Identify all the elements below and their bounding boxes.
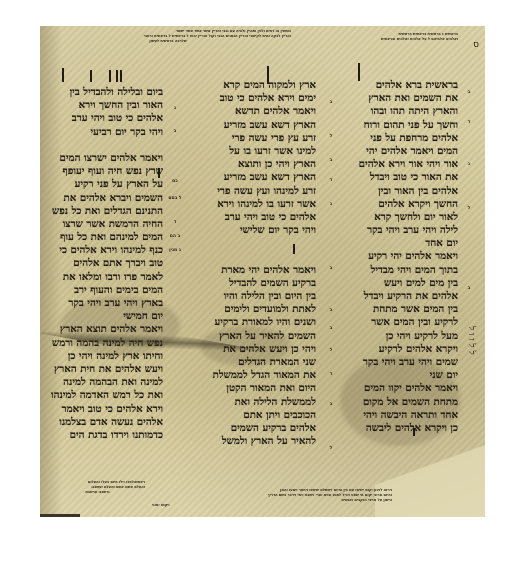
text-line: לממשלת הלילה ואת [196, 396, 316, 409]
masorah-parva-note: ל [322, 134, 340, 140]
text-line: ביום ובלילה ולהבדיל בין [49, 86, 163, 99]
text-line: וירא אלהים כי טוב ויאמר [49, 403, 163, 416]
text-line: המים בימים והעוף ירב [49, 284, 163, 297]
masorah-parva-note: ב [322, 402, 340, 408]
masorah-line: שלרבה בראשית לעשון [45, 39, 291, 44]
text-line: ויהי בקר יום רביעי [49, 126, 163, 139]
masorah-parva-note: ל [322, 446, 340, 452]
manuscript-page: ס ומשנין וה רחים ולנין ותהיין ולהיה עם נ… [40, 26, 485, 517]
column-stroke [62, 68, 64, 82]
masorah-parva-note: ל [460, 206, 478, 212]
masorah-parva-note: ב [460, 90, 478, 96]
text-line: למינו אשר זרעו בו על [196, 145, 316, 158]
text-line: המים למינהם ואת כל עוף [49, 231, 163, 244]
text-line: יום שני [346, 369, 458, 382]
text-line: להאיר על הארץ ולמשל [196, 435, 316, 448]
masorah-parva-note: ד [166, 220, 184, 226]
text-line: אחד ותראה היבשה ויהי [346, 409, 458, 422]
masorah-parva-note: ל [322, 348, 340, 354]
text-line: אשר זרעו בו למינהו וירא [196, 198, 316, 211]
marginal-vertical-note: ל ל ו ו ל [466, 326, 476, 406]
text-line: התנינם הגדלים ואת כל נפש [49, 205, 163, 218]
text-line: הכוכבים ויתן אתם [196, 409, 316, 422]
text-line: ימים וירא אלהים כי טוב [196, 92, 316, 105]
text-column-left: ביום ובלילה ולהבדיל בין האור ובין החשך ו… [49, 86, 163, 442]
masorah-magna-bottom-right: ויראו לויגון יקום ישימו עם בין והיום ויש… [152, 488, 392, 508]
folio-mark: ס [473, 40, 479, 50]
masorah-parva-note: ב [322, 158, 340, 164]
text-line: זרע למינהו ועץ עשה פרי [196, 185, 316, 198]
text-line: בין היום ובין הלילה והיו [196, 290, 316, 303]
masorah-line: ויקמו ימוני [152, 503, 392, 508]
text-line: וחשך על פני תהום ורוח [346, 119, 458, 132]
text-line: מתחת השמים אל מקום [346, 396, 458, 409]
text-line: לאמר פרו ורבו ומלאו את [49, 271, 163, 284]
masorah-parva-note: ג מגין [166, 248, 184, 254]
text-line: אלהים ברקיע השמים [196, 422, 316, 435]
column-stroke [90, 70, 92, 82]
text-line: בין המים אשר מתחת [346, 303, 458, 316]
text-line: המים ויאמר אלהים יהי [346, 145, 458, 158]
text-line: ואת כל רמש האדמה למינהו [49, 389, 163, 402]
masorah-parva-note: ב [460, 286, 478, 292]
text-line: ויאמר אלהים יהי מארת [196, 264, 316, 277]
text-line: ויאמר אלהים יקוו המים [346, 382, 458, 395]
text-line: בין מים למים ויעש [346, 277, 458, 290]
text-line: ברקיע השמים להבדיל [196, 277, 316, 290]
masorah-magna-top-right: בראשית ג בראשית בראשית בראשית ואלהים אלמ… [358, 32, 458, 42]
masorah-parva-note: ד [322, 372, 340, 378]
text-line: ארץ ולמקוה המים קרא [196, 79, 316, 92]
masorah-parva-note: ב הם [166, 234, 184, 240]
masorah-parva-note: ד [322, 178, 340, 184]
text-line: הארץ דשא עשב מזריע [196, 119, 316, 132]
masorah-parva-note: ג [322, 202, 340, 208]
text-line: אלהים כי טוב ויהי ערב [196, 211, 316, 224]
masorah-line: ואלהים אלמיהם ל על אלהים ואלהים ובראשית [358, 37, 458, 42]
masorah-parva-note: כם [166, 179, 184, 185]
masorah-parva-note: ג [166, 106, 184, 112]
text-line: החיה הרמשת אשר שרצו [49, 218, 163, 231]
text-line: מעל לרקיע ויהי כן [346, 330, 458, 343]
text-line: על הארץ על פני רקיע [49, 178, 163, 191]
masorah-parva-note: ב [322, 308, 340, 314]
text-line: זרע עץ פרי עשה פרי [196, 132, 316, 145]
masorah-line: ורשבנו ערשבת [50, 490, 145, 495]
text-line: ויעש אלהים את חית הארץ [49, 363, 163, 376]
text-line: אלהים כי טוב ויהי ערב [49, 112, 163, 125]
column-stroke [120, 70, 122, 82]
masorah-parva-note: ב [322, 266, 340, 272]
text-line: כן ויקרא אלהים ליבשה [346, 422, 458, 435]
text-line: הארץ ויהי כן ותוצא [196, 158, 316, 171]
masorah-magna-top-left: ומשנין וה רחים ולנין ותהיין ולהיה עם נגב… [45, 29, 291, 44]
text-line: אלהים את הרקיע ויבדל [346, 290, 458, 303]
text-line: ויאמר אלהים ישרצו המים [49, 152, 163, 165]
masorah-magna-bottom-left: ראשוהלפכו וילו מיום בעלו והעלום והעלם אש… [50, 480, 145, 495]
text-line: שמים ויהי ערב ויהי בקר [346, 356, 458, 369]
text-line: טוב ויברך אתם אלהים [49, 257, 163, 270]
masorah-parva-note: ג [460, 162, 478, 168]
text-line: האור ובין החשך וירא [49, 99, 163, 112]
text-line: הארץ דשא עשב מזריע [196, 171, 316, 184]
page-bottom-edge [40, 514, 80, 517]
text-line: את האור כי טוב ויבדל [346, 171, 458, 184]
masorah-parva-note: ב [166, 129, 184, 135]
masorah-parva-note: ב [322, 100, 340, 106]
masorah-parva-note: ל בסם [166, 196, 184, 202]
text-line: השמים ויברא אלהים את [49, 192, 163, 205]
text-line: בארץ ויהי ערב ויהי בקר [49, 297, 163, 310]
text-column-right: בראשית ברא אלהים את השמים ואת הארץ והארץ… [346, 79, 458, 435]
text-column-middle: ארץ ולמקוה המים קרא ימים וירא אלהים כי ט… [196, 79, 316, 448]
masorah-parva-note: ד [460, 120, 478, 126]
text-line: ויקרא אלהים לרקיע [346, 343, 458, 356]
text-line: אלהים נעשה אדם בצלמנו [49, 416, 163, 429]
text-line: ושנים והיו למאורת ברקיע [196, 316, 316, 329]
text-line: אלהים בין האור ובין [346, 185, 458, 198]
text-line: לאור יום ולחשך קרא [346, 211, 458, 224]
text-line: אור ויהי אור וירא אלהים [346, 158, 458, 171]
text-line: שרץ נפש חיה ועוף יעופף [49, 165, 163, 178]
masorah-parva-note: ב [322, 326, 340, 332]
text-line: השמים להאיר על הארץ [196, 330, 316, 343]
text-line: לרקיע ובין המים אשר [346, 316, 458, 329]
text-line: לאתת ולמועדים ולימים [196, 303, 316, 316]
column-stroke [116, 70, 118, 82]
text-line: כדמותנו וירדו בדגת הים [49, 429, 163, 442]
text-line: ויאמר אלהים תדשא [196, 105, 316, 118]
text-line: כנף למינהו וירא אלהים כי [49, 244, 163, 257]
text-line: אלהים מרחפת על פני [346, 132, 458, 145]
text-line: יום אחד [346, 237, 458, 250]
text-line: היום ואת המאור הקטן [196, 382, 316, 395]
column-stroke [109, 70, 111, 82]
text-line: ויאמר אלהים יהי רקיע [346, 250, 458, 263]
text-line: לילה ויהי ערב ויהי בקר [346, 224, 458, 237]
text-line: החשך ויקרא אלהים [346, 198, 458, 211]
text-line: בראשית ברא אלהים [346, 79, 458, 92]
text-line: את השמים ואת הארץ [346, 92, 458, 105]
text-line: והארץ היתה תהו ובהו [346, 105, 458, 118]
text-line: בתוך המים ויהי מבדיל [346, 264, 458, 277]
text-line: למינה ואת הבהמה למינה [49, 376, 163, 389]
text-line: ויהי בקר יום שלישי [196, 224, 316, 237]
